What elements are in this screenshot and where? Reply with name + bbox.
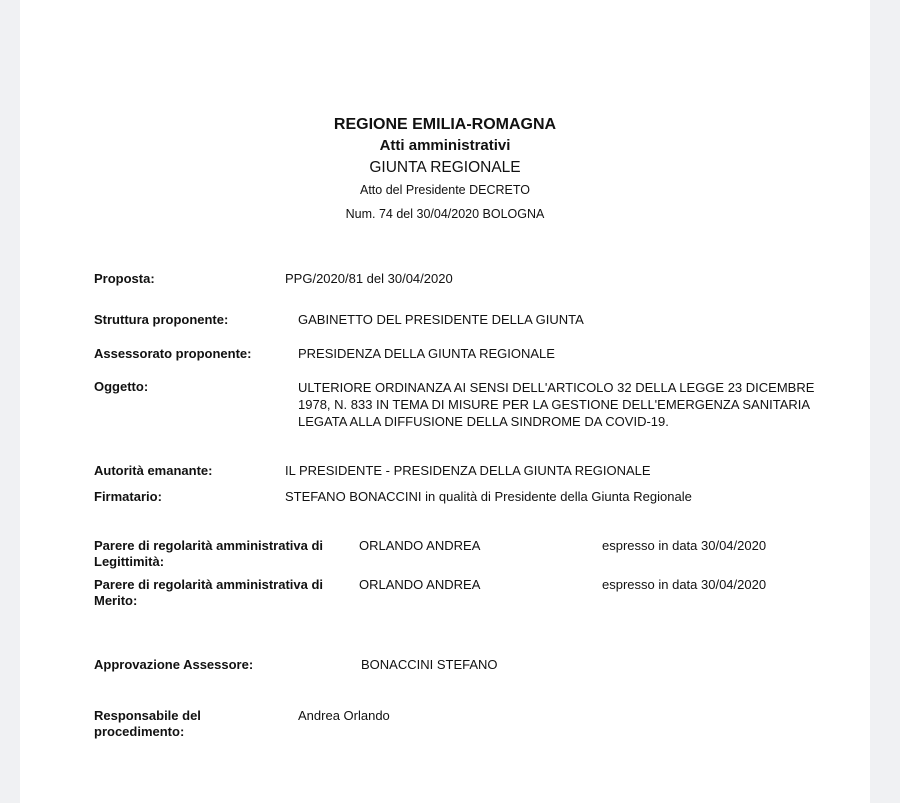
- parere-legittimita-label-line2: Legittimità:: [94, 554, 323, 570]
- parere-merito-label: Parere di regolarità amministrativa di M…: [94, 577, 323, 609]
- document-subtitle-giunta: GIUNTA REGIONALE: [20, 159, 870, 177]
- assessorato-value: PRESIDENZA DELLA GIUNTA REGIONALE: [298, 346, 555, 362]
- proposta-label: Proposta:: [94, 271, 155, 287]
- document-number: Num. 74 del 30/04/2020 BOLOGNA: [20, 207, 870, 221]
- parere-merito-name: ORLANDO ANDREA: [359, 577, 480, 593]
- parere-legittimita-label-line1: Parere di regolarità amministrativa di: [94, 538, 323, 554]
- approvazione-label: Approvazione Assessore:: [94, 657, 253, 673]
- oggetto-value: ULTERIORE ORDINANZA AI SENSI DELL'ARTICO…: [298, 379, 843, 430]
- firmatario-label: Firmatario:: [94, 489, 162, 505]
- parere-legittimita-label: Parere di regolarità amministrativa di L…: [94, 538, 323, 570]
- responsabile-label-line2: procedimento:: [94, 724, 201, 740]
- autorita-value: IL PRESIDENTE - PRESIDENZA DELLA GIUNTA …: [285, 463, 651, 479]
- oggetto-label: Oggetto:: [94, 379, 148, 395]
- parere-merito-date: espresso in data 30/04/2020: [602, 577, 766, 593]
- document-act-type: Atto del Presidente DECRETO: [20, 183, 870, 197]
- parere-legittimita-date: espresso in data 30/04/2020: [602, 538, 766, 554]
- responsabile-value: Andrea Orlando: [298, 708, 390, 724]
- document-page: REGIONE EMILIA-ROMAGNA Atti amministrati…: [20, 0, 870, 803]
- document-subtitle-atti: Atti amministrativi: [20, 137, 870, 154]
- responsabile-label-line1: Responsabile del: [94, 708, 201, 724]
- firmatario-value: STEFANO BONACCINI in qualità di Presiden…: [285, 489, 692, 505]
- parere-merito-label-line2: Merito:: [94, 593, 323, 609]
- proposta-value: PPG/2020/81 del 30/04/2020: [285, 271, 453, 287]
- autorita-label: Autorità emanante:: [94, 463, 212, 479]
- parere-legittimita-name: ORLANDO ANDREA: [359, 538, 480, 554]
- document-title: REGIONE EMILIA-ROMAGNA: [20, 116, 870, 134]
- parere-merito-label-line1: Parere di regolarità amministrativa di: [94, 577, 323, 593]
- struttura-value: GABINETTO DEL PRESIDENTE DELLA GIUNTA: [298, 312, 584, 328]
- responsabile-label: Responsabile del procedimento:: [94, 708, 201, 740]
- approvazione-value: BONACCINI STEFANO: [361, 657, 498, 673]
- struttura-label: Struttura proponente:: [94, 312, 228, 328]
- assessorato-label: Assessorato proponente:: [94, 346, 251, 362]
